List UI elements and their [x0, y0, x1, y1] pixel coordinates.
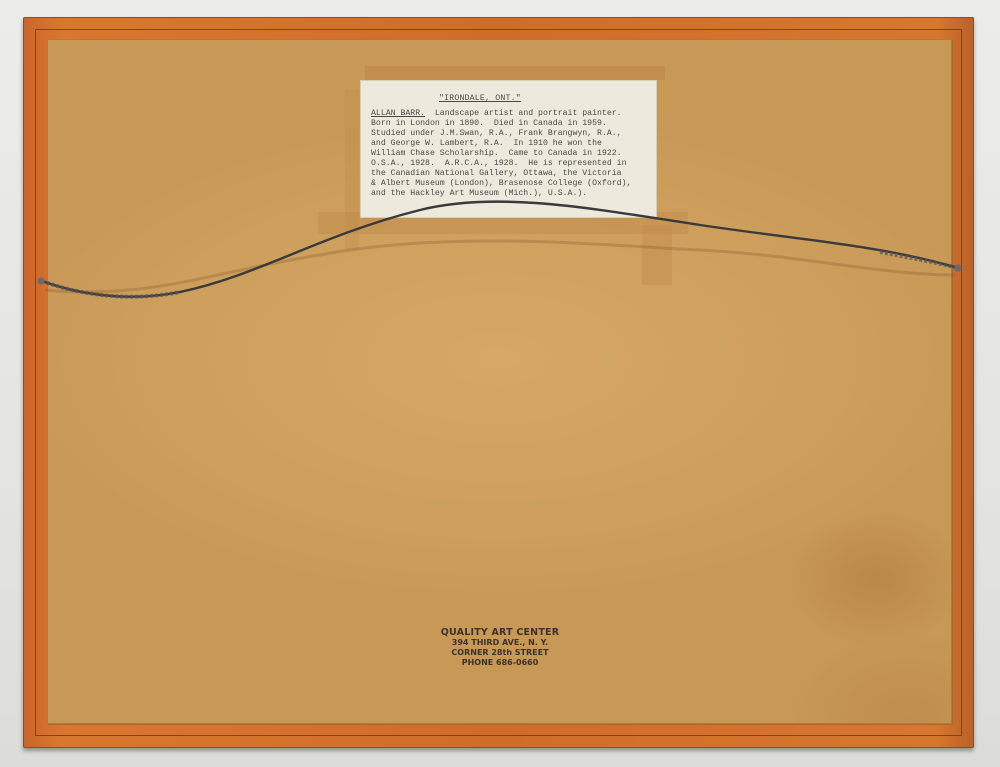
- stamp-line-1: QUALITY ART CENTER: [420, 627, 580, 638]
- screw-eye-left-icon: [38, 278, 45, 285]
- stamp-line-4: PHONE 686-0660: [420, 658, 580, 668]
- framer-stamp: QUALITY ART CENTER 394 THIRD AVE., N. Y.…: [420, 627, 580, 668]
- stamp-line-3: CORNER 28th STREET: [420, 648, 580, 658]
- stamp-line-2: 394 THIRD AVE., N. Y.: [420, 638, 580, 648]
- screw-eye-right-icon: [955, 265, 962, 272]
